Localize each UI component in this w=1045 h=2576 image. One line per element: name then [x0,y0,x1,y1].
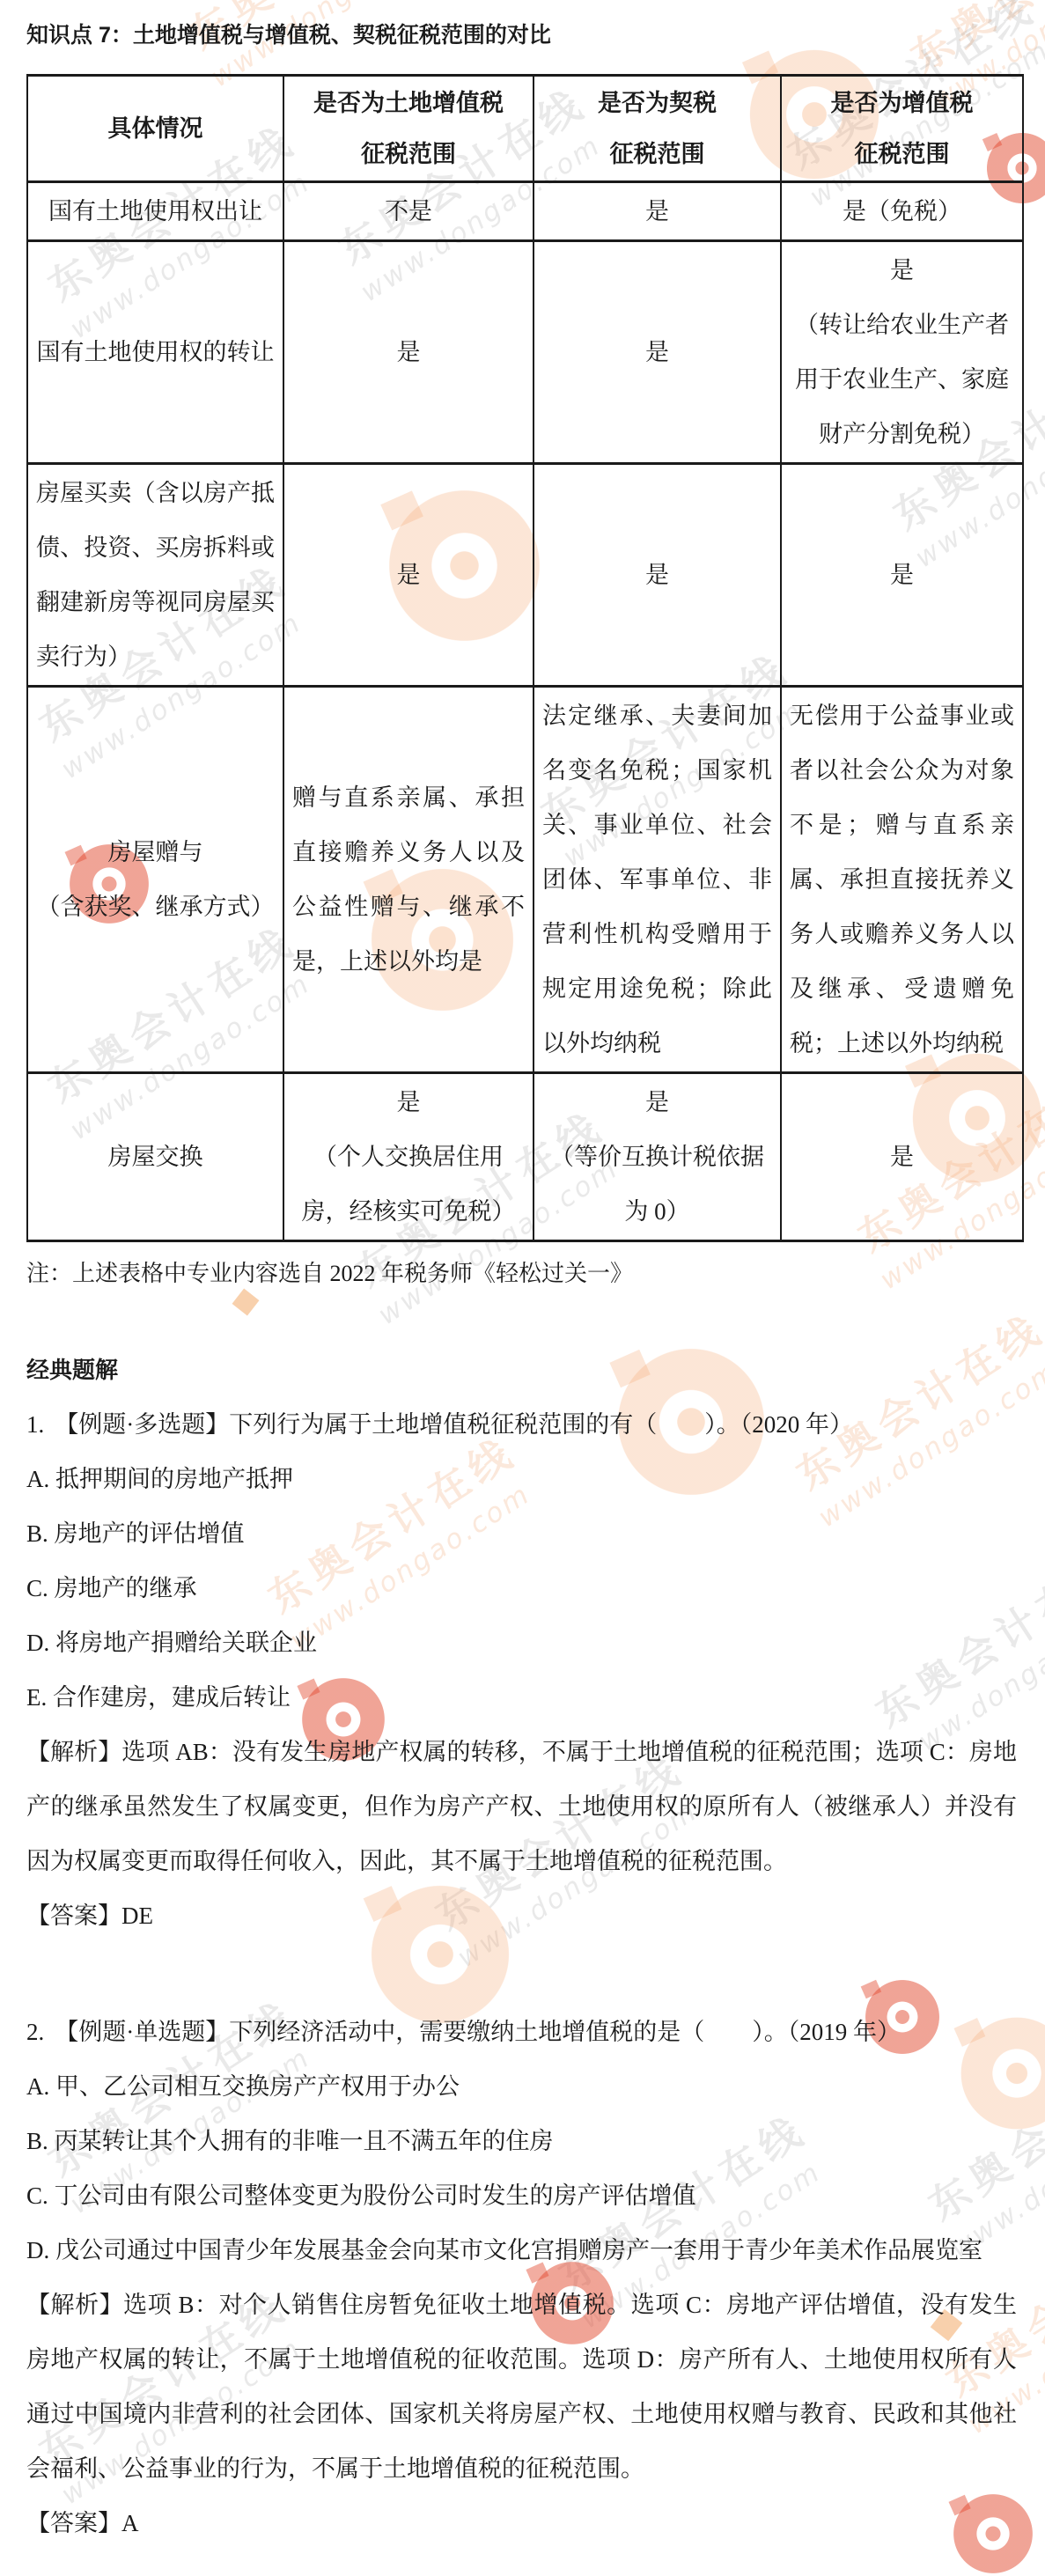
cell-vat: 是 [781,464,1023,687]
table-source-note: 注：上述表格中专业内容选自 2022 年税务师《轻松过关一》 [26,1255,1017,1293]
analysis: 【解析】选项 AB：没有发生房地产权属的转移，不属于土地增值税的征税范围；选项 … [26,1725,1017,1888]
question-stem: 1.【例题·多选题】下列行为属于土地增值税征税范围的有（ ）。（2020 年） [26,1397,1017,1452]
question-stem-text: 【例题·多选题】下列行为属于土地增值税征税范围的有（ ）。（2020 年） [55,1411,853,1438]
page-title: 知识点 7：土地增值税与增值税、契税征税范围的对比 [26,18,1017,53]
answer: 【答案】DE [26,1888,1017,1943]
section-heading: 经典题解 [26,1343,1017,1397]
col-header-situation: 具体情况 [27,76,283,182]
answer: 【答案】A [26,2496,1017,2550]
option-a: A. 甲、乙公司相互交换房产产权用于办公 [26,2059,1017,2114]
cell-vat: 是 （转让给农业生产者用于农业生产、家庭财产分割免税） [781,241,1023,464]
option-d: D. 戊公司通过中国青少年发展基金会向某市文化宫捐赠房产一套用于青少年美术作品展… [26,2223,1017,2278]
cell-vat: 无偿用于公益事业或者以社会公众为对象不是；赠与直系亲属、承担直接抚养义务人或赡养… [781,687,1023,1073]
header-text: 具体情况 [36,103,275,154]
option-b: B. 丙某转让其个人拥有的非唯一且不满五年的住房 [26,2114,1017,2168]
cell-deed-tax: 是 [534,241,781,464]
spacer [26,1943,1017,2005]
cell-land-vat: 是 [283,241,534,464]
header-text: 征税范围 [542,129,772,180]
option-c: C. 房地产的继承 [26,1561,1017,1616]
question-2: 2.【例题·单选题】下列经济活动中，需要缴纳土地增值税的是（ ）。（2019 年… [26,2005,1017,2550]
col-header-land-vat: 是否为土地增值税征税范围 [283,76,534,182]
cell-vat: 是 [781,1073,1023,1241]
cell-deed-tax: 法定继承、夫妻间加名变名免税；国家机关、事业单位、社会团体、军事单位、非营利性机… [534,687,781,1073]
cell-situation: 房屋交换 [27,1073,283,1241]
table-row: 房屋买卖（含以房产抵债、投资、买房拆料或翻建新房等视同房屋买卖行为） 是 是 是 [27,464,1023,687]
cell-situation: 国有土地使用权的转让 [27,241,283,464]
analysis: 【解析】选项 B：对个人销售住房暂免征收土地增值税。选项 C：房地产评估增值，没… [26,2278,1017,2496]
cell-deed-tax: 是 （等价互换计税依据为 0） [534,1073,781,1241]
cell-situation: 房屋买卖（含以房产抵债、投资、买房拆料或翻建新房等视同房屋买卖行为） [27,464,283,687]
question-number: 2. [26,2019,44,2045]
cell-situation: 国有土地使用权出让 [27,182,283,241]
cell-situation: 房屋赠与 （含获奖、继承方式） [27,687,283,1073]
header-text: 是否为增值税 [790,77,1014,129]
cell-deed-tax: 是 [534,182,781,241]
header-text: 是否为契税 [542,77,772,129]
question-number: 1. [26,1411,44,1438]
cell-deed-tax: 是 [534,464,781,687]
comparison-table: 具体情况 是否为土地增值税征税范围 是否为契税征税范围 是否为增值税征税范围 国… [26,74,1024,1242]
cell-land-vat: 是 （个人交换居住用房，经核实可免税） [283,1073,534,1241]
table-row: 房屋交换 是 （个人交换居住用房，经核实可免税） 是 （等价互换计税依据为 0）… [27,1073,1023,1241]
cell-land-vat: 不是 [283,182,534,241]
table-header-row: 具体情况 是否为土地增值税征税范围 是否为契税征税范围 是否为增值税征税范围 [27,76,1023,182]
option-e: E. 合作建房，建成后转让 [26,1670,1017,1725]
cell-vat: 是（免税） [781,182,1023,241]
col-header-deed-tax: 是否为契税征税范围 [534,76,781,182]
question-stem: 2.【例题·单选题】下列经济活动中，需要缴纳土地增值税的是（ ）。（2019 年… [26,2005,1017,2059]
col-header-vat: 是否为增值税征税范围 [781,76,1023,182]
table-row: 国有土地使用权的转让 是 是 是 （转让给农业生产者用于农业生产、家庭财产分割免… [27,241,1023,464]
option-d: D. 将房地产捐赠给关联企业 [26,1616,1017,1670]
cell-land-vat: 是 [283,464,534,687]
spacer [26,1293,1017,1343]
option-b: B. 房地产的评估增值 [26,1506,1017,1561]
header-text: 征税范围 [292,129,525,180]
document-page: 知识点 7：土地增值税与增值税、契税征税范围的对比 具体情况 是否为土地增值税征… [0,0,1045,2550]
cell-land-vat: 赠与直系亲属、承担直接赡养义务人以及公益性赠与、继承不是，上述以外均是 [283,687,534,1073]
header-text: 是否为土地增值税 [292,77,525,129]
question-stem-text: 【例题·单选题】下列经济活动中，需要缴纳土地增值税的是（ ）。（2019 年） [55,2019,901,2045]
header-text: 征税范围 [790,129,1014,180]
option-a: A. 抵押期间的房地产抵押 [26,1452,1017,1506]
option-c: C. 丁公司由有限公司整体变更为股份公司时发生的房产评估增值 [26,2168,1017,2223]
table-row: 房屋赠与 （含获奖、继承方式） 赠与直系亲属、承担直接赡养义务人以及公益性赠与、… [27,687,1023,1073]
table-row: 国有土地使用权出让 不是 是 是（免税） [27,182,1023,241]
question-1: 1.【例题·多选题】下列行为属于土地增值税征税范围的有（ ）。（2020 年） … [26,1397,1017,1943]
